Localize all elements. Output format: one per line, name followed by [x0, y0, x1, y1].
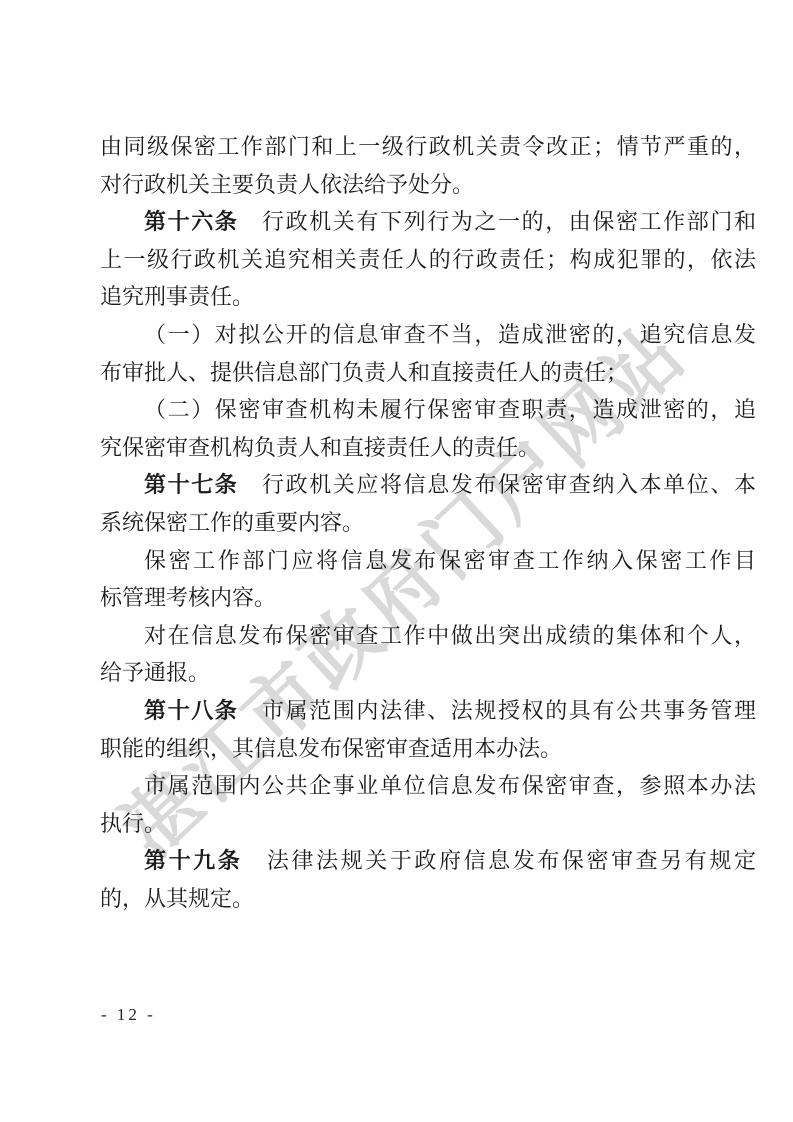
- line-text: 对在信息发布保密审查工作中做出突出成绩的集体和个人，: [144, 623, 756, 648]
- line-text: 市属范围内法律、法规授权的具有公共事务管理: [238, 698, 756, 723]
- line-text: 执行。: [100, 811, 166, 836]
- line-text: （二）保密审查机构未履行保密审查职责，造成泄密的，追: [144, 397, 756, 422]
- line-text: 法律法规关于政府信息发布保密审查另有规定: [242, 848, 756, 873]
- document-line: （二）保密审查机构未履行保密审查职责，造成泄密的，追: [100, 391, 756, 429]
- article-number: 第十八条: [144, 698, 238, 723]
- document-line: 的，从其规定。: [100, 880, 756, 918]
- article-number: 第十七条: [144, 472, 238, 497]
- document-line: 第十七条 行政机关应将信息发布保密审查纳入本单位、本: [100, 466, 756, 504]
- article-number: 第十九条: [144, 848, 242, 873]
- line-text: 标管理考核内容。: [100, 585, 276, 610]
- line-text: 系统保密工作的重要内容。: [100, 510, 364, 535]
- line-text: 行政机关应将信息发布保密审查纳入本单位、本: [238, 472, 756, 497]
- document-line: 布审批人、提供信息部门负责人和直接责任人的责任；: [100, 354, 756, 392]
- line-text: 职能的组织，其信息发布保密审查适用本办法。: [100, 736, 562, 761]
- document-line: 保密工作部门应将信息发布保密审查工作纳入保密工作目: [100, 542, 756, 580]
- line-text: 市属范围内公共企事业单位信息发布保密审查，参照本办法: [144, 773, 756, 798]
- document-line: 系统保密工作的重要内容。: [100, 504, 756, 542]
- page-number: - 12 -: [101, 1005, 156, 1025]
- line-text: 布审批人、提供信息部门负责人和直接责任人的责任；: [100, 360, 628, 385]
- document-line: 由同级保密工作部门和上一级行政机关责令改正；情节严重的，: [100, 128, 756, 166]
- document-line: 执行。: [100, 805, 756, 843]
- document-line: 标管理考核内容。: [100, 579, 756, 617]
- article-number: 第十六条: [144, 209, 238, 234]
- document-line: 第十八条 市属范围内法律、法规授权的具有公共事务管理: [100, 692, 756, 730]
- line-text: 对行政机关主要负责人依法给予处分。: [100, 172, 474, 197]
- line-text: 保密工作部门应将信息发布保密审查工作纳入保密工作目: [144, 548, 756, 573]
- document-line: 上一级行政机关追究相关责任人的行政责任；构成犯罪的，依法: [100, 241, 756, 279]
- line-text: 给予通报。: [100, 660, 210, 685]
- document-line: （一）对拟公开的信息审查不当，造成泄密的，追究信息发: [100, 316, 756, 354]
- line-text: 由同级保密工作部门和上一级行政机关责令改正；情节严重的，: [100, 134, 756, 159]
- document-line: 市属范围内公共企事业单位信息发布保密审查，参照本办法: [100, 767, 756, 805]
- line-text: 行政机关有下列行为之一的，由保密工作部门和: [238, 209, 756, 234]
- line-text: 究保密审查机构负责人和直接责任人的责任。: [100, 435, 540, 460]
- line-text: 上一级行政机关追究相关责任人的行政责任；构成犯罪的，依法: [100, 247, 756, 272]
- document-line: 职能的组织，其信息发布保密审查适用本办法。: [100, 730, 756, 768]
- line-text: 追究刑事责任。: [100, 284, 254, 309]
- document-line: 追究刑事责任。: [100, 278, 756, 316]
- document-line: 对行政机关主要负责人依法给予处分。: [100, 166, 756, 204]
- document-line: 究保密审查机构负责人和直接责任人的责任。: [100, 429, 756, 467]
- document-line: 第十六条 行政机关有下列行为之一的，由保密工作部门和: [100, 203, 756, 241]
- document-line: 第十九条 法律法规关于政府信息发布保密审查另有规定: [100, 842, 756, 880]
- document-line: 对在信息发布保密审查工作中做出突出成绩的集体和个人，: [100, 617, 756, 655]
- document-body: 由同级保密工作部门和上一级行政机关责令改正；情节严重的，对行政机关主要负责人依法…: [100, 128, 756, 917]
- line-text: （一）对拟公开的信息审查不当，造成泄密的，追究信息发: [144, 322, 756, 347]
- document-line: 给予通报。: [100, 654, 756, 692]
- document-page: 湛江市政府门户网站 由同级保密工作部门和上一级行政机关责令改正；情节严重的，对行…: [0, 0, 793, 1122]
- line-text: 的，从其规定。: [100, 886, 254, 911]
